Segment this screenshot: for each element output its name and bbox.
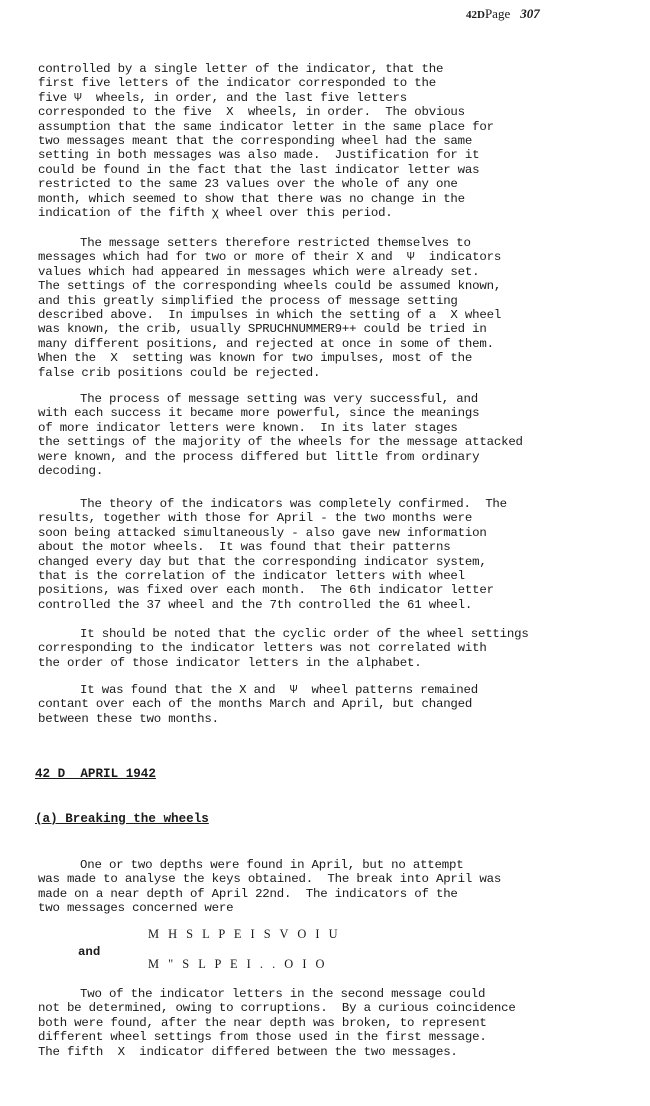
paragraph-5-line: It was found that the Χ and Ψ wheel patt… — [80, 683, 478, 697]
paragraph-3-line: positions, was fixed over each month. Th… — [38, 583, 494, 597]
paragraph-0-line: could be found in the fact that the last… — [38, 163, 479, 177]
paragraph-1-line: messages which had for two or more of th… — [38, 250, 501, 264]
paragraph-1-line: many different positions, and rejected a… — [38, 337, 494, 351]
paragraph-1-line: was known, the crib, usually SPRUCHNUMME… — [38, 322, 487, 336]
paragraph-1-line: values which had appeared in messages wh… — [38, 265, 479, 279]
paragraph-7-line: both were found, after the near depth wa… — [38, 1016, 487, 1030]
paragraph-0-line: assumption that the same indicator lette… — [38, 120, 494, 134]
page-prefix: 42D — [466, 9, 485, 21]
paragraph-7-line: not be determined, owing to corruptions.… — [38, 1001, 516, 1015]
paragraph-1-line: and this greatly simplified the process … — [38, 294, 458, 308]
paragraph-2-line: the settings of the majority of the whee… — [38, 435, 523, 449]
paragraph-3-line: that is the correlation of the indicator… — [38, 569, 465, 583]
paragraph-0-line: setting in both messages was also made. … — [38, 148, 479, 162]
paragraph-5-line: contant over each of the months March an… — [38, 697, 472, 711]
page-label: Page — [485, 6, 510, 21]
paragraph-1-line: The settings of the corresponding wheels… — [38, 279, 501, 293]
paragraph-0-line: five Ψ wheels, in order, and the last fi… — [38, 91, 407, 105]
paragraph-7-line: Two of the indicator letters in the seco… — [80, 987, 485, 1001]
indicator-joiner: and — [78, 945, 100, 959]
paragraph-1-line: The message setters therefore restricted… — [80, 236, 471, 250]
paragraph-0-line: first five letters of the indicator corr… — [38, 76, 436, 90]
paragraph-3-line: controlled the 37 wheel and the 7th cont… — [38, 598, 472, 612]
paragraph-5-line: between these two months. — [38, 712, 219, 726]
paragraph-3-line: The theory of the indicators was complet… — [80, 497, 507, 511]
paragraph-0-line: restricted to the same 23 values over th… — [38, 177, 458, 191]
section-heading: 42 D APRIL 1942 — [35, 767, 156, 781]
paragraph-7-line: The fifth Χ indicator differed between t… — [38, 1045, 458, 1059]
paragraph-3-line: about the motor wheels. It was found tha… — [38, 540, 450, 554]
paragraph-2-line: of more indicator letters were known. In… — [38, 421, 458, 435]
paragraph-4-line: the order of those indicator letters in … — [38, 656, 422, 670]
subsection-heading: (a) Breaking the wheels — [35, 812, 209, 826]
paragraph-2-line: with each success it became more powerfu… — [38, 406, 479, 420]
paragraph-6-line: two messages concerned were — [38, 901, 233, 915]
paragraph-2-line: were known, and the process differed but… — [38, 450, 479, 464]
paragraph-0-line: corresponded to the five Χ wheels, in or… — [38, 105, 465, 119]
indicator-second: M " S L P E I . . O I O — [148, 957, 328, 972]
paragraph-0-line: indication of the fifth χ wheel over thi… — [38, 206, 393, 220]
paragraph-4-line: corresponding to the indicator letters w… — [38, 641, 487, 655]
indicator-first: M H S L P E I S V O I U — [148, 927, 341, 942]
paragraph-4-line: It should be noted that the cyclic order… — [80, 627, 529, 641]
paragraph-6-line: made on a near depth of April 22nd. The … — [38, 887, 458, 901]
paragraph-0-line: two messages meant that the correspondin… — [38, 134, 472, 148]
paragraph-2-line: The process of message setting was very … — [80, 392, 478, 406]
paragraph-7-line: different wheel settings from those used… — [38, 1030, 487, 1044]
paragraph-0-line: month, which seemed to show that there w… — [38, 192, 465, 206]
paragraph-6-line: One or two depths were found in April, b… — [80, 858, 464, 872]
paragraph-2-line: decoding. — [38, 464, 103, 478]
paragraph-1-line: described above. In impulses in which th… — [38, 308, 501, 322]
page-number-value: 307 — [520, 6, 540, 21]
paragraph-3-line: changed every day but that the correspon… — [38, 555, 487, 569]
paragraph-3-line: soon being attacked simultaneously - als… — [38, 526, 487, 540]
paragraph-0-line: controlled by a single letter of the ind… — [38, 62, 443, 76]
paragraph-3-line: results, together with those for April -… — [38, 511, 472, 525]
page-number: 42DPage307 — [466, 6, 540, 22]
paragraph-1-line: When the Χ setting was known for two imp… — [38, 351, 472, 365]
paragraph-1-line: false crib positions could be rejected. — [38, 366, 320, 380]
paragraph-6-line: was made to analyse the keys obtained. T… — [38, 872, 501, 886]
